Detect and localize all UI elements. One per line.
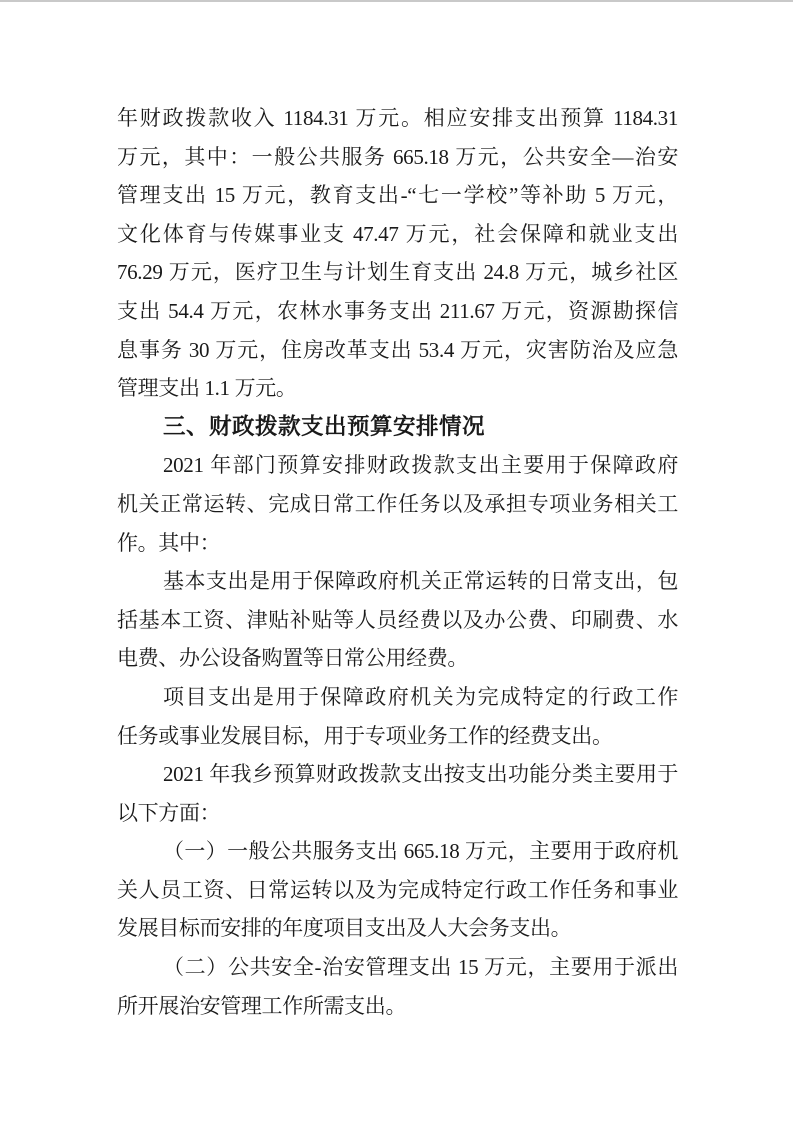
- body-line: 息事务 30 万元，住房改革支出 53.4 万元，灾害防治及应急: [117, 331, 678, 370]
- body-line: 支出 54.4 万元，农林水事务支出 211.67 万元，资源勘探信: [117, 292, 678, 331]
- section-3-heading: 三、财政拨款支出预算安排情况: [117, 408, 678, 447]
- body-line: 文化体育与传媒事业支 47.47 万元，社会保障和就业支出: [117, 215, 678, 254]
- body-line: 发展目标而安排的年度项目支出及人大会务支出。: [117, 909, 678, 948]
- body-line: 所开展治安管理工作所需支出。: [117, 987, 678, 1026]
- body-line: 万元，其中：一般公共服务 665.18 万元，公共安全—治安: [117, 138, 678, 177]
- body-line: 2021 年我乡预算财政拨款支出按支出功能分类主要用于: [117, 755, 678, 794]
- body-line: 关人员工资、日常运转以及为完成特定行政工作任务和事业: [117, 871, 678, 910]
- body-line: 作。其中：: [117, 524, 678, 563]
- body-line: 基本支出是用于保障政府机关正常运转的日常支出，包: [117, 562, 678, 601]
- body-line: 括基本工资、津贴补贴等人员经费以及办公费、印刷费、水: [117, 601, 678, 640]
- body-line: （二）公共安全-治安管理支出 15 万元，主要用于派出: [117, 948, 678, 987]
- document-body: 年财政拨款收入 1184.31 万元。相应安排支出预算 1184.31 万元，其…: [117, 99, 678, 1025]
- scan-edge-artifact: [0, 0, 793, 2]
- body-line: 任务或事业发展目标，用于专项业务工作的经费支出。: [117, 717, 678, 756]
- body-line: 电费、办公设备购置等日常公用经费。: [117, 639, 678, 678]
- body-line: 机关正常运转、完成日常工作任务以及承担专项业务相关工: [117, 485, 678, 524]
- body-line: 管理支出 1.1 万元。: [117, 369, 678, 408]
- body-line: 以下方面：: [117, 794, 678, 833]
- body-line: 管理支出 15 万元，教育支出-“七一学校”等补助 5 万元，: [117, 176, 678, 215]
- body-line: 2021 年部门预算安排财政拨款支出主要用于保障政府: [117, 446, 678, 485]
- document-page: 年财政拨款收入 1184.31 万元。相应安排支出预算 1184.31 万元，其…: [0, 0, 793, 1122]
- body-line: 年财政拨款收入 1184.31 万元。相应安排支出预算 1184.31: [117, 99, 678, 138]
- body-line: （一）一般公共服务支出 665.18 万元，主要用于政府机: [117, 832, 678, 871]
- body-line: 76.29 万元，医疗卫生与计划生育支出 24.8 万元，城乡社区: [117, 253, 678, 292]
- body-line: 项目支出是用于保障政府机关为完成特定的行政工作: [117, 678, 678, 717]
